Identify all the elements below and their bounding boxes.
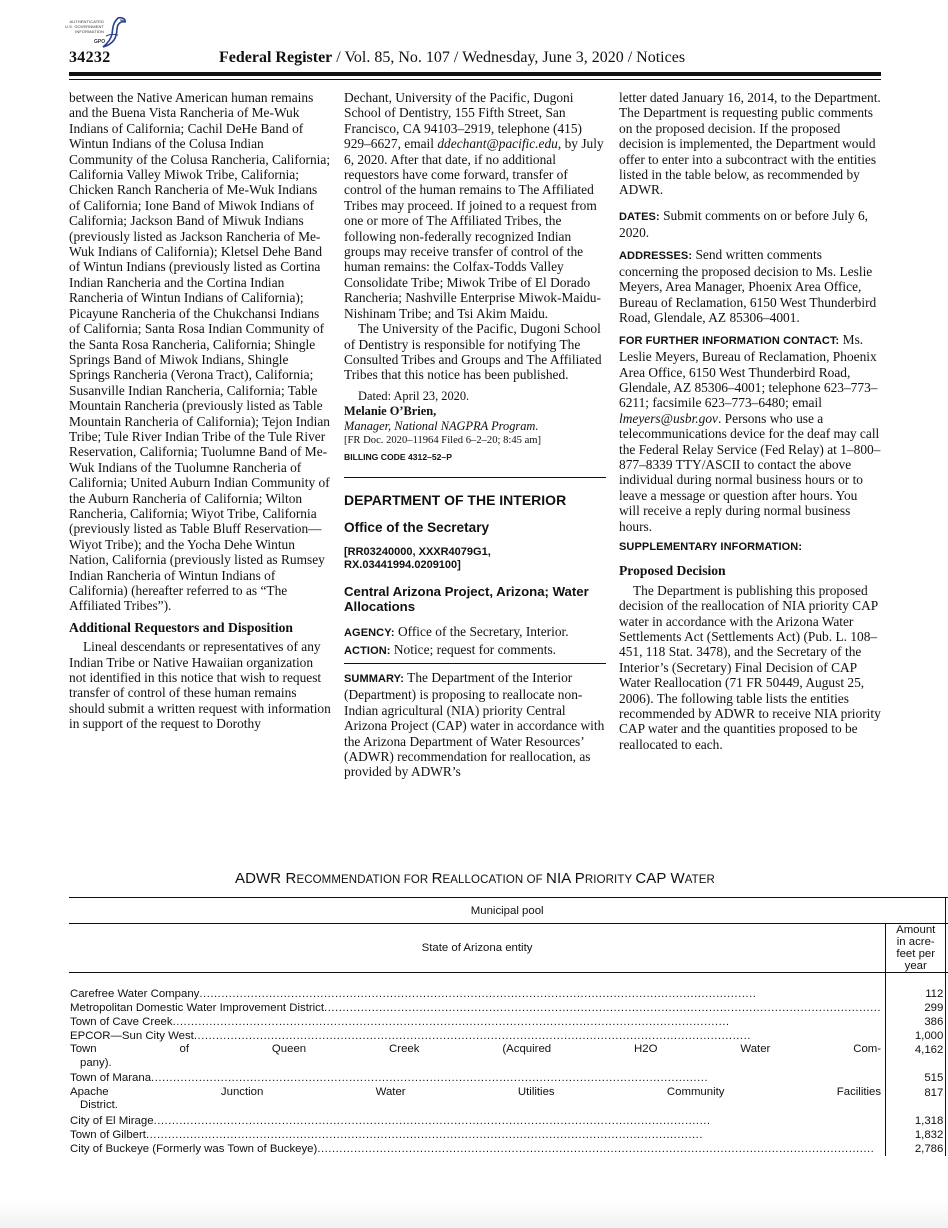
proposed-decision-paragraph: The Department is publishing this propos… — [619, 583, 881, 752]
amount: 299 — [886, 1001, 946, 1015]
amount: 4,162 — [886, 1043, 946, 1071]
entity-name-continued: District. — [70, 1099, 881, 1113]
email-link-lmeyers[interactable]: lmeyers@usbr.gov — [619, 411, 718, 426]
entity-name: City of El Mirage — [70, 1114, 154, 1128]
table-row: Town of Gilbert 1,832 — [69, 1128, 948, 1142]
affiliated-tribes-paragraph: between the Native American human remain… — [69, 90, 331, 614]
gpo-eagle-icon — [100, 16, 128, 48]
document-divider — [344, 477, 606, 478]
table-row: Apache Junction Water Utilities Communit… — [69, 1086, 948, 1114]
entity-name-continued: pany). — [70, 1057, 881, 1071]
action-line: ACTION: Notice; request for comments. — [344, 642, 606, 659]
entity-name: City of Buckeye (Formerly was Town of Bu… — [70, 1142, 317, 1156]
docket-numbers: [RR03240000, XXXR4079G1, RX.03441994.020… — [344, 546, 606, 572]
header-rule-thin — [69, 79, 881, 80]
section-heading-additional-requestors: Additional Requestors and Disposition — [69, 620, 331, 635]
table-row: Town of Marana 515 Freeport-McMoRan-Sier… — [69, 1071, 948, 1085]
requestors-paragraph: Lineal descendants or representatives of… — [69, 639, 331, 731]
entity-name: Carefree Water Company — [70, 987, 199, 1001]
office-heading: Office of the Secretary — [344, 520, 606, 536]
signer-name: Melanie O’Brien, — [344, 404, 606, 419]
logo-text: AUTHENTICATED U.S. GOVERNMENT INFORMATIO… — [64, 19, 104, 34]
title-part: R — [432, 870, 443, 887]
title-part: EALLOCATION OF — [443, 874, 547, 886]
entity-name: Town of Marana — [70, 1071, 151, 1085]
summary-rule — [344, 663, 606, 664]
summary-paragraph: SUMMARY: The Department of the Interior … — [344, 670, 606, 780]
title-part: CAP W — [635, 870, 684, 887]
table-row: Town of Cave Creek 386 Rosemont Copper C… — [69, 1015, 948, 1029]
dates-line: DATES: Submit comments on or before July… — [619, 208, 881, 241]
contact-dechant-paragraph: Dechant, University of the Pacific, Dugo… — [344, 90, 606, 321]
column-3: letter dated January 16, 2014, to the De… — [619, 90, 881, 752]
municipal-amount-header: Amount in acre-feet per year — [886, 924, 946, 973]
entity-name: Town of Gilbert — [70, 1128, 146, 1142]
entity-name: Town of Cave Creek — [70, 1015, 173, 1029]
amount: 515 — [886, 1071, 946, 1085]
agency-label: AGENCY: — [344, 627, 395, 639]
proposed-decision-heading: Proposed Decision — [619, 563, 881, 578]
amount: 1,832 — [886, 1128, 946, 1142]
billing-code: BILLING CODE 4312–52–P — [344, 450, 606, 465]
contact-paragraph: FOR FURTHER INFORMATION CONTACT: Ms. Les… — [619, 332, 881, 534]
notification-paragraph: The University of the Pacific, Dugoni Sc… — [344, 321, 606, 383]
summary-text: The Department of the Interior (Departme… — [344, 670, 604, 779]
title-part: NIA P — [546, 870, 585, 887]
para-text: , by July 6, 2020. After that date, if n… — [344, 136, 604, 320]
amount: 817 — [886, 1086, 946, 1114]
title-part: RIORITY — [585, 874, 635, 886]
fr-doc-filing: [FR Doc. 2020–11964 Filed 6–2–20; 8:45 a… — [344, 434, 606, 448]
table-row: Town of Queen Creek (Acquired H2O Water … — [69, 1043, 948, 1071]
amount: 1,318 — [886, 1114, 946, 1128]
table-title: ADWR RECOMMENDATION FOR REALLOCATION OF … — [69, 870, 881, 887]
entity-name: Town of Queen Creek (Acquired H2O Water … — [70, 1043, 881, 1057]
entity-name: Metropolitan Domestic Water Improvement … — [70, 1001, 324, 1015]
action-label: ACTION: — [344, 645, 391, 657]
contact-label: FOR FURTHER INFORMATION CONTACT: — [619, 335, 839, 347]
logo-line-3: INFORMATION — [64, 29, 104, 34]
amount: 386 — [886, 1015, 946, 1029]
entity-name: Apache Junction Water Utilities Communit… — [70, 1086, 881, 1100]
publication-name: Federal Register — [219, 49, 332, 66]
entity-name: EPCOR—Sun City West — [70, 1029, 194, 1043]
page-number: 34232 — [69, 49, 111, 67]
municipal-pool-header: Municipal pool — [69, 898, 946, 924]
table-row: City of Buckeye (Formerly was Town of Bu… — [69, 1142, 948, 1156]
action-text: Notice; request for comments. — [391, 642, 556, 657]
notice-subject: Central Arizona Project, Arizona; Water … — [344, 584, 606, 614]
page-header: 34232 Federal Register / Vol. 85, No. 10… — [69, 49, 881, 69]
department-heading: DEPARTMENT OF THE INTERIOR — [344, 492, 606, 508]
signer-title: Manager, National NAGPRA Program. — [344, 419, 606, 434]
municipal-entity-header: State of Arizona entity — [69, 924, 886, 973]
addresses-label: ADDRESSES: — [619, 250, 692, 262]
agency-line: AGENCY: Office of the Secretary, Interio… — [344, 624, 606, 641]
running-head: Federal Register / Vol. 85, No. 107 / We… — [219, 49, 685, 67]
table-row: Metropolitan Domestic Water Improvement … — [69, 1001, 948, 1015]
federal-register-page: AUTHENTICATED U.S. GOVERNMENT INFORMATIO… — [0, 0, 948, 1228]
dated-line: Dated: April 23, 2020. — [344, 389, 606, 404]
supplementary-information-label: SUPPLEMENTARY INFORMATION: — [619, 540, 881, 555]
title-part: ADWR R — [235, 870, 296, 887]
column-2: Dechant, University of the Pacific, Dugo… — [344, 90, 606, 780]
table-row: City of El Mirage 1,318 — [69, 1114, 948, 1128]
amount: 112 — [886, 987, 946, 1001]
summary-continued: letter dated January 16, 2014, to the De… — [619, 90, 881, 198]
title-part: ATER — [685, 874, 715, 886]
title-part: ECOMMENDATION FOR — [296, 874, 431, 886]
header-rule-thick — [69, 72, 881, 76]
reallocation-table: Municipal pool Industrial pool State of … — [69, 897, 948, 1156]
summary-label: SUMMARY: — [344, 673, 404, 685]
agency-text: Office of the Secretary, Interior. — [395, 624, 569, 639]
contact-text-continued: . Persons who use a telecommunications d… — [619, 411, 880, 534]
page-bottom-margin — [0, 1200, 948, 1228]
dates-label: DATES: — [619, 211, 660, 223]
column-1: between the Native American human remain… — [69, 90, 331, 732]
addresses-paragraph: ADDRESSES: Send written comments concern… — [619, 247, 881, 326]
issue-details: / Vol. 85, No. 107 / Wednesday, June 3, … — [332, 49, 685, 66]
table-row: Carefree Water Company 112 Viewpoint RV … — [69, 987, 948, 1001]
table-row: EPCOR—Sun City West 1,000 Salt River Pro… — [69, 1029, 948, 1043]
email-link-ddechant[interactable]: ddechant@pacific.edu — [437, 136, 558, 151]
amount: 2,786 — [886, 1142, 946, 1156]
gpo-authenticated-logo: AUTHENTICATED U.S. GOVERNMENT INFORMATIO… — [64, 16, 130, 48]
amount: 1,000 — [886, 1029, 946, 1043]
